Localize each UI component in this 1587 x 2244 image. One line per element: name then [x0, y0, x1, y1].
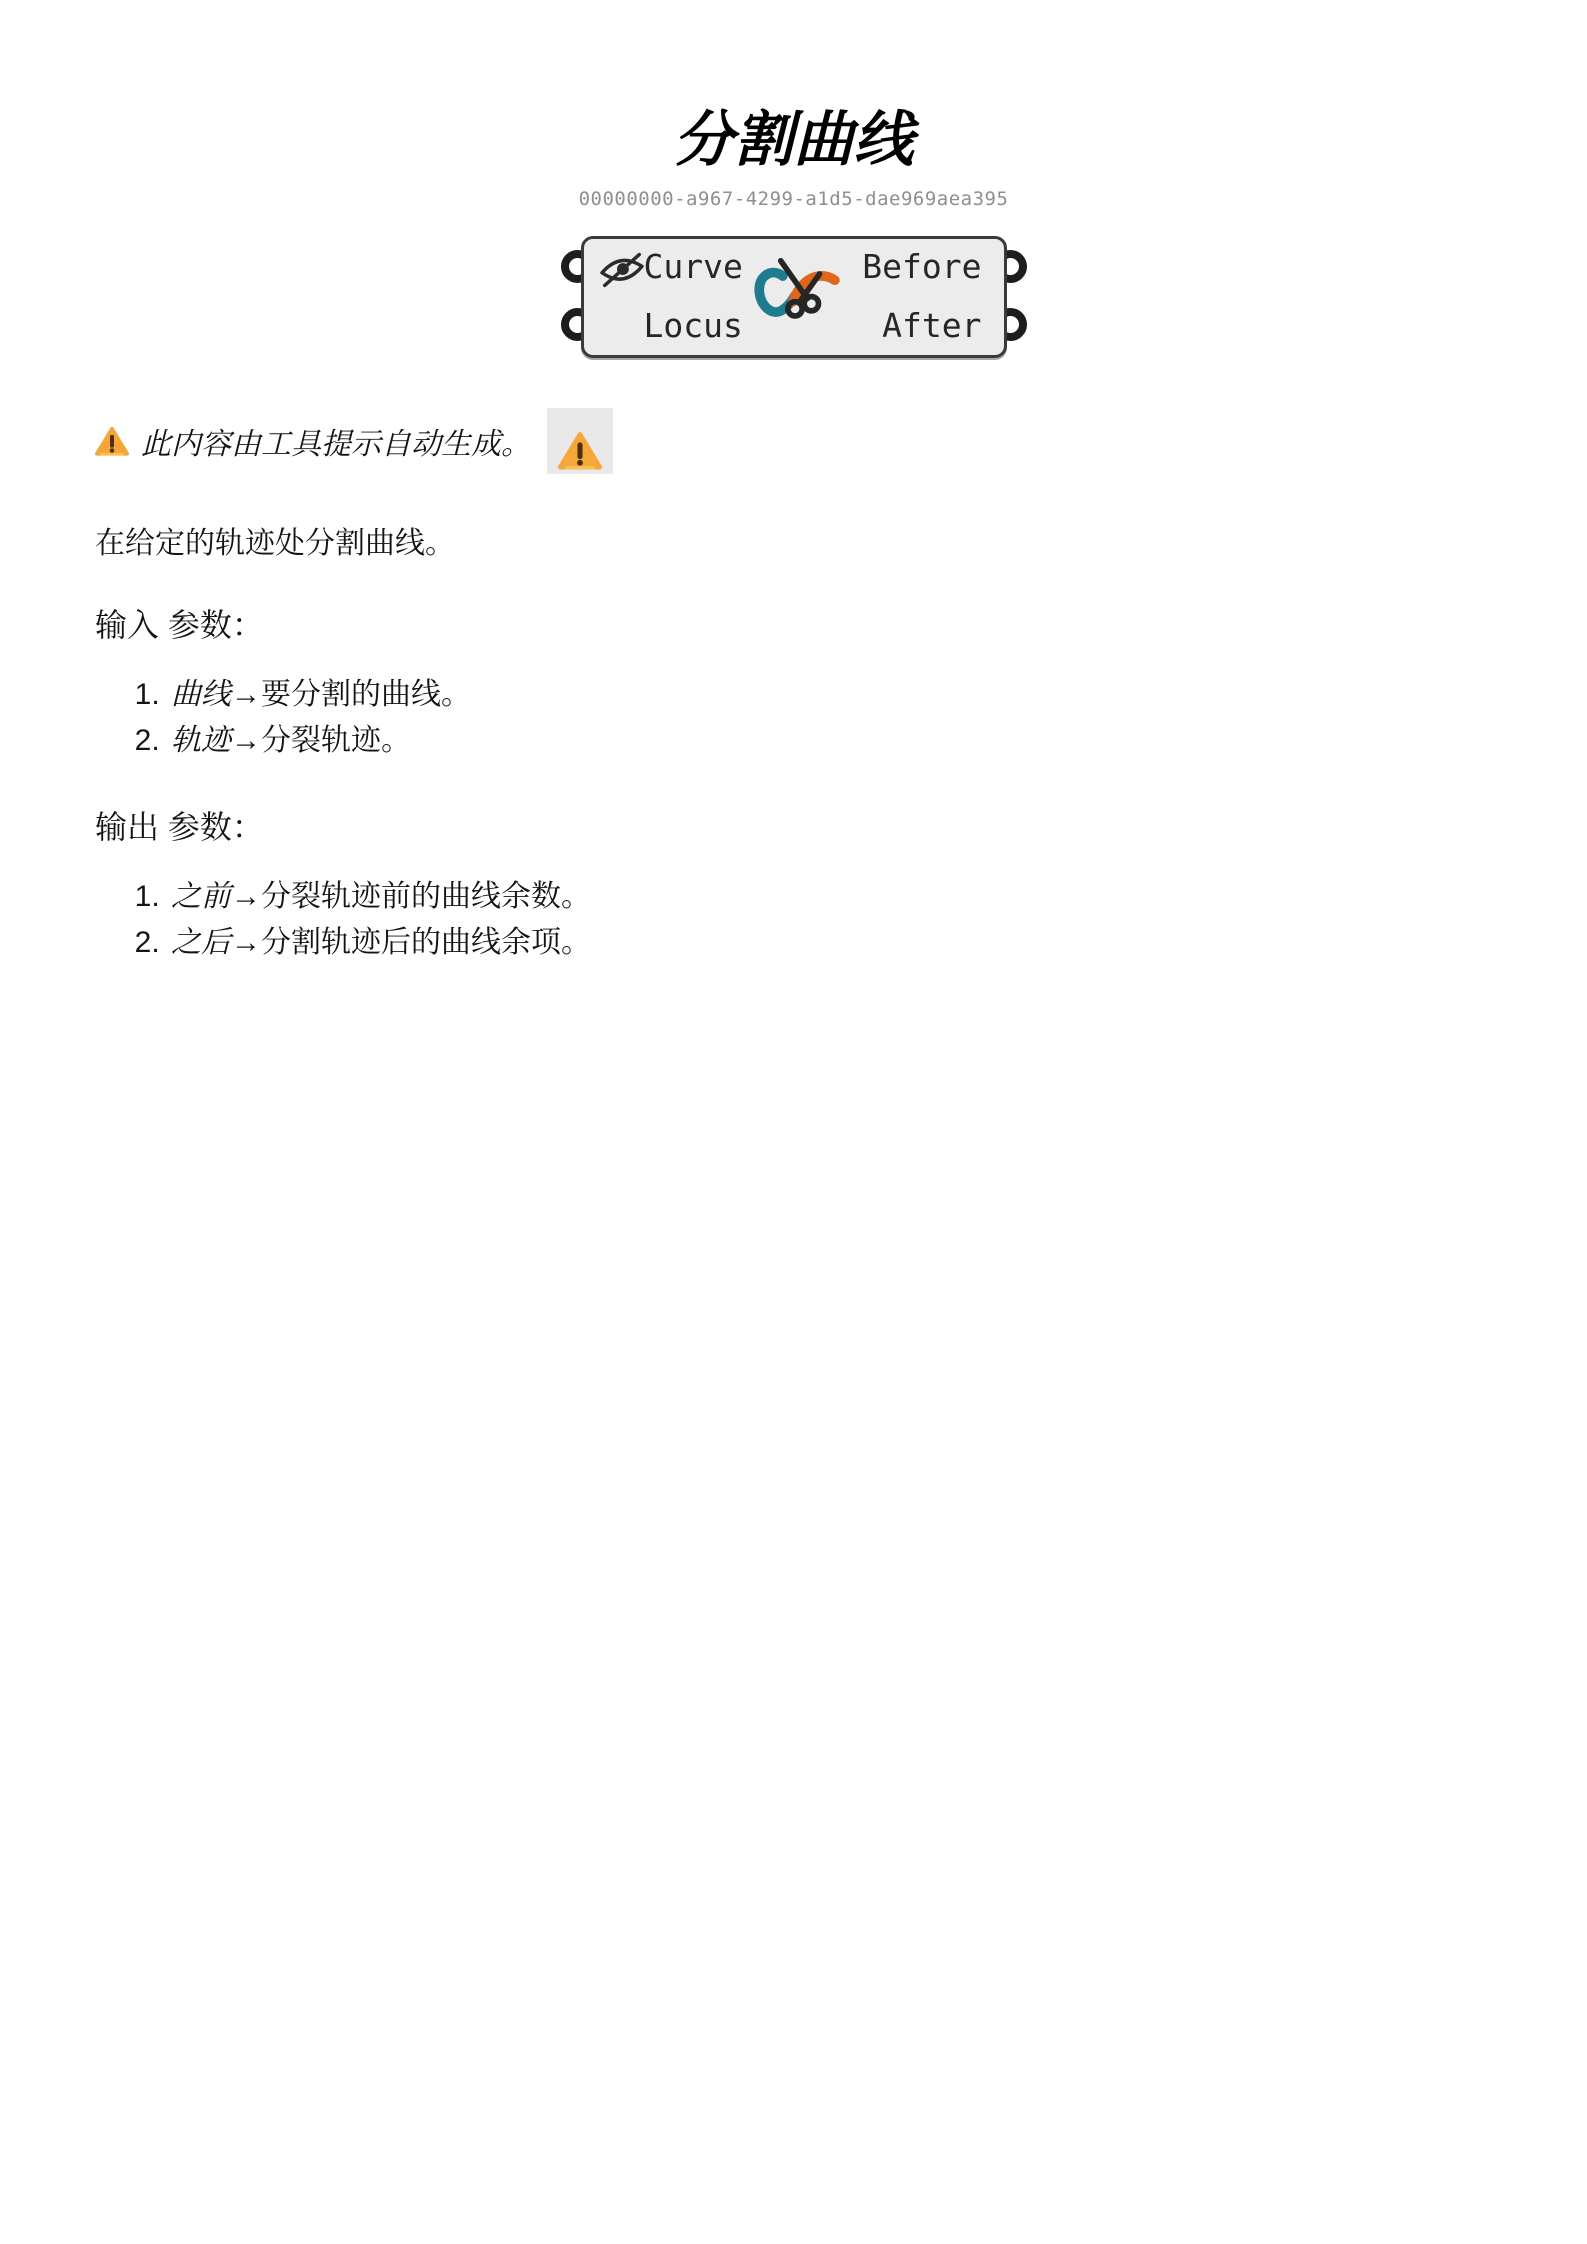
scissors-split-curve-icon [748, 255, 840, 332]
output-param-item: 之后→分割轨迹后的曲线余项。 [168, 920, 1492, 966]
hidden-eye-icon [597, 250, 647, 295]
input-label-curve: Curve [644, 247, 743, 287]
input-label-locus: Locus [644, 306, 743, 346]
output-param-item: 之前→分裂轨迹前的曲线余数。 [168, 874, 1492, 920]
param-desc: →分裂轨迹前的曲线余数。 [231, 880, 591, 913]
output-label-before: Before [862, 247, 981, 287]
input-param-item: 轨迹→分裂轨迹。 [168, 718, 1492, 764]
param-name: 之后 [171, 926, 231, 959]
output-label-after: After [882, 306, 981, 346]
param-desc: →分裂轨迹。 [231, 724, 411, 757]
param-name: 之前 [171, 880, 231, 913]
input-param-item: 曲线→要分割的曲线。 [168, 672, 1492, 718]
page-title: 分割曲线 [95, 92, 1492, 178]
param-desc: →要分割的曲线。 [231, 678, 471, 711]
param-name: 曲线 [171, 678, 231, 711]
param-desc: →分割轨迹后的曲线余项。 [231, 926, 591, 959]
document-page: 分割曲线 00000000-a967-4299-a1d5-dae969aea39… [0, 92, 1587, 966]
warning-triangle-icon [547, 408, 613, 474]
param-name: 轨迹 [171, 724, 231, 757]
inputs-list: 曲线→要分割的曲线。 轨迹→分裂轨迹。 [95, 672, 1492, 764]
grasshopper-component-diagram: Curve Locus Before After [581, 236, 1007, 358]
component-description: 在给定的轨迹处分割曲线。 [95, 518, 1492, 562]
notice-text: 此内容由工具提示自动生成。 [141, 419, 531, 463]
component-body: Curve Locus Before After [581, 236, 1007, 358]
auto-generated-notice: 此内容由工具提示自动生成。 [95, 408, 1492, 474]
inputs-heading: 输入 参数： [95, 600, 1492, 646]
outputs-list: 之前→分裂轨迹前的曲线余数。 之后→分割轨迹后的曲线余项。 [95, 874, 1492, 966]
outputs-heading: 输出 参数： [95, 802, 1492, 848]
warning-triangle-icon [95, 425, 129, 457]
component-uuid: 00000000-a967-4299-a1d5-dae969aea395 [95, 188, 1492, 210]
